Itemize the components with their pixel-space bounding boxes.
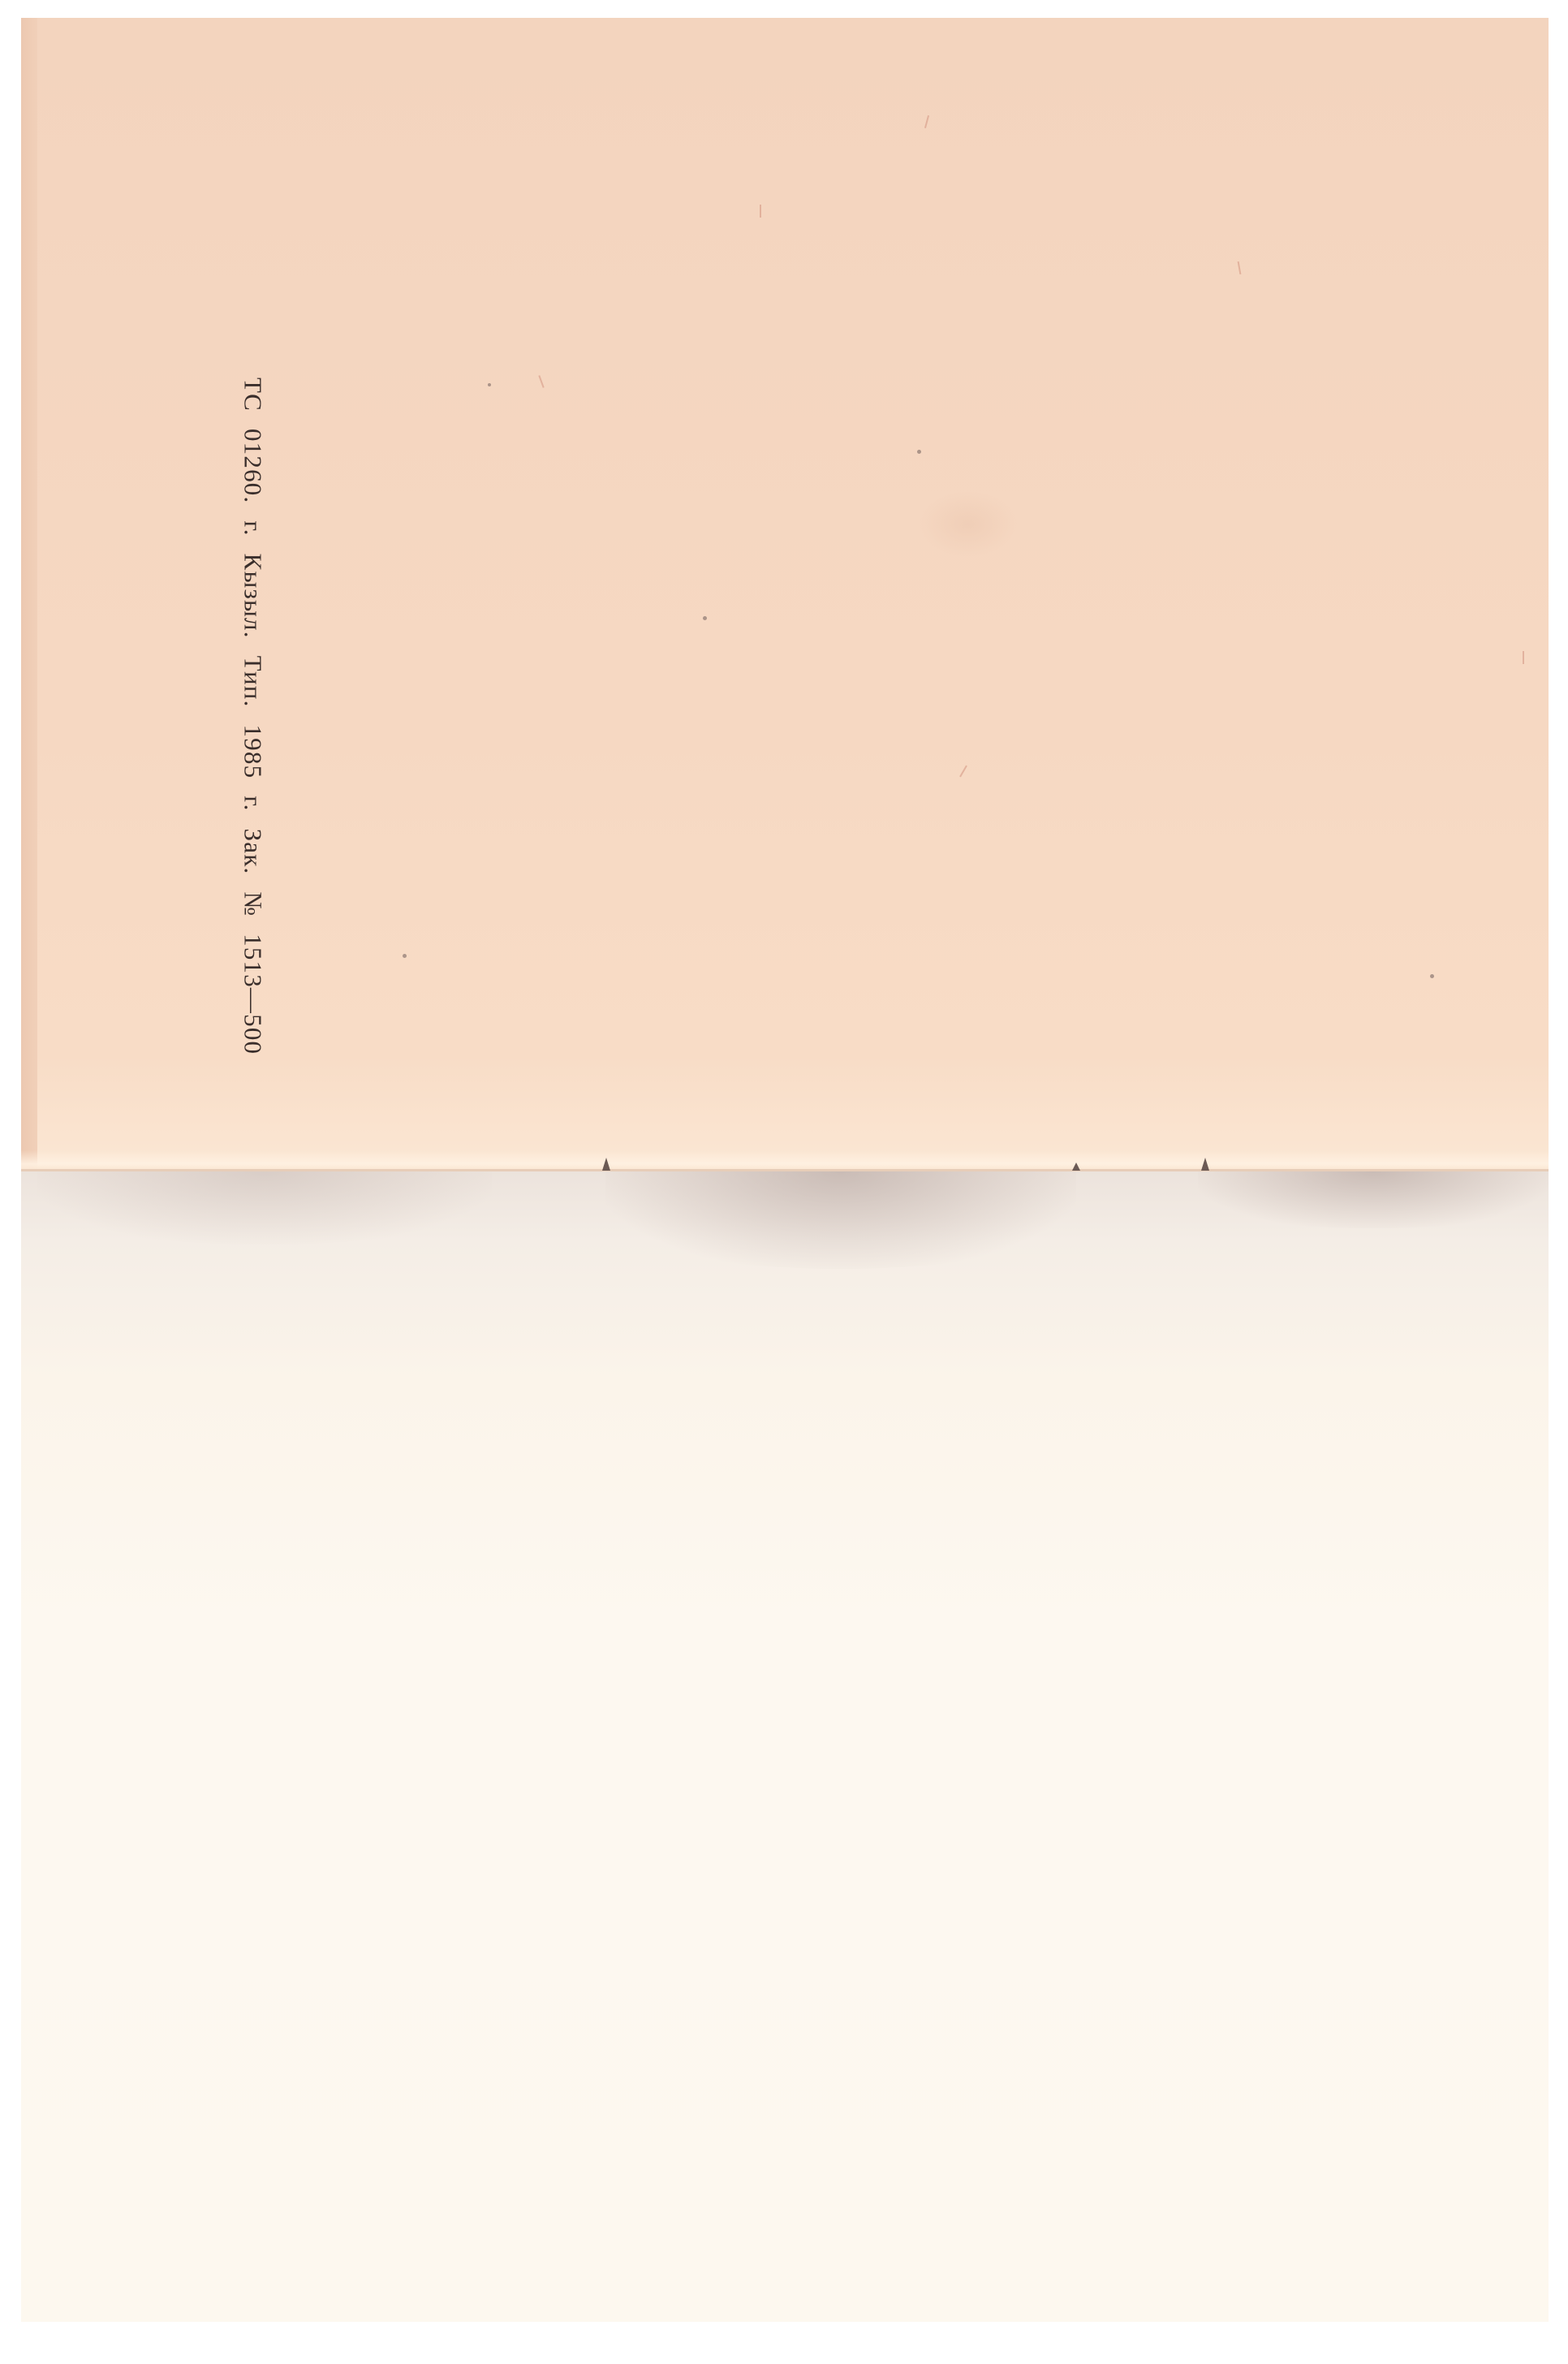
paper-fiber [959, 766, 967, 778]
paper-speck [917, 450, 921, 454]
paper-fiber [538, 375, 544, 388]
staple-notch [1072, 1163, 1080, 1171]
paper-fiber [1238, 261, 1242, 274]
paper-fiber [760, 205, 761, 218]
fold-shadow [1198, 1171, 1549, 1228]
paper-fiber [1523, 651, 1524, 664]
paper-speck [403, 954, 407, 958]
blank-inner-page [21, 1171, 1549, 2322]
paper-speck [488, 383, 491, 386]
staple-notch [1201, 1158, 1209, 1171]
staple-notch [602, 1158, 610, 1171]
fold-shadow [605, 1171, 1076, 1269]
printing-imprint: ТС 01260. г. Кызыл. Тип. 1985 г. Зак. № … [241, 377, 266, 1055]
paper-speck [1430, 974, 1434, 978]
fold-shadow [37, 1171, 492, 1245]
paper-fiber [924, 115, 929, 128]
scanned-sheet [21, 18, 1549, 2322]
paper-speck [703, 616, 707, 620]
fold-highlight [21, 1150, 1549, 1170]
